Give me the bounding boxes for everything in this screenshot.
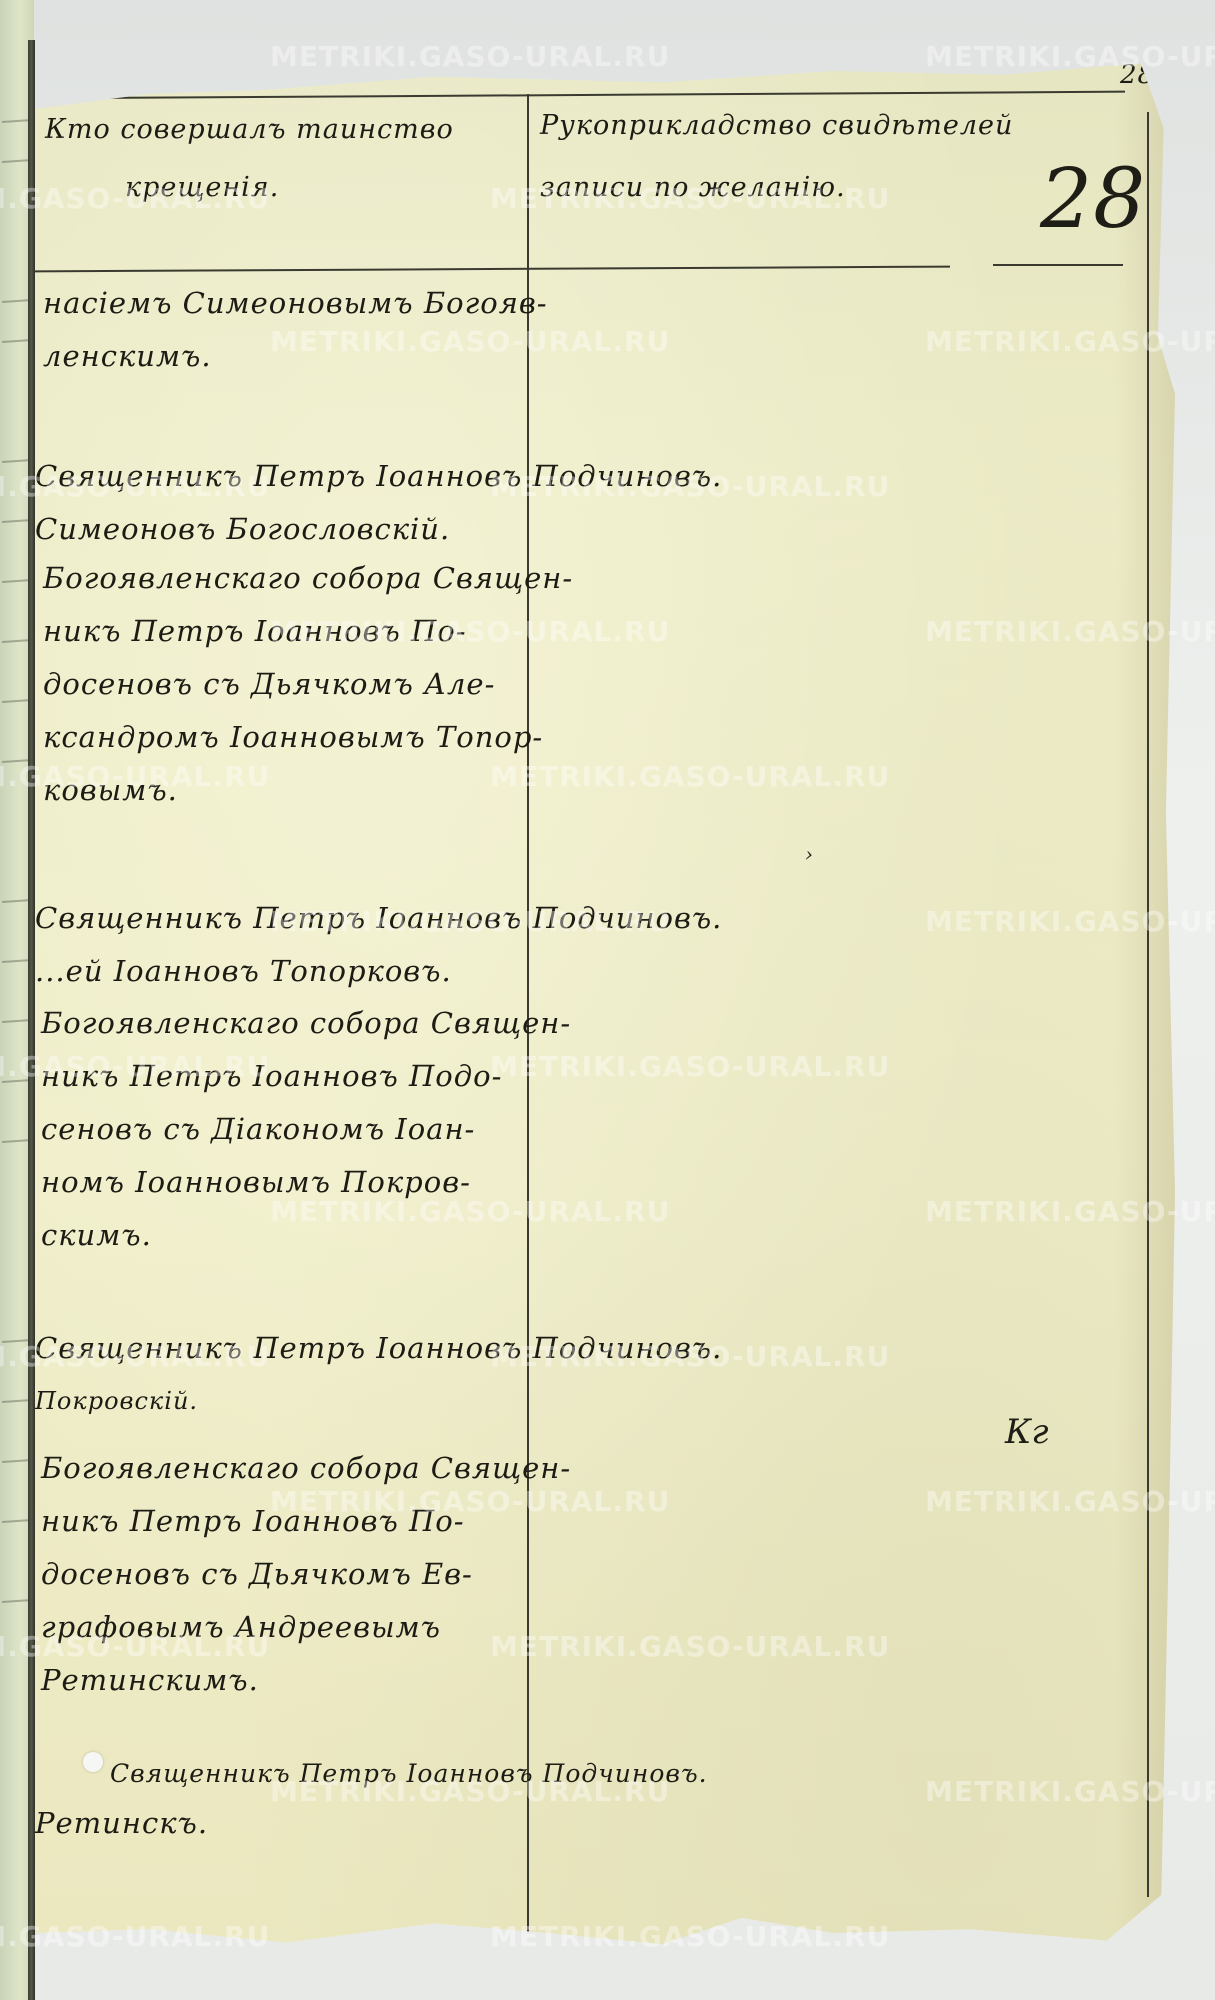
watermark: METRIKI.GASO-URAL.RU: [270, 905, 670, 938]
header-col2-line1: Рукоприкладство свидѣтелей: [540, 110, 1013, 141]
watermark: METRIKI.GASO-URAL.RU: [925, 1195, 1215, 1228]
right-column-mark: Кг: [1005, 1412, 1049, 1452]
watermark: METRIKI.GASO-URAL.RU: [925, 40, 1215, 73]
header-bottom-rule-right: [993, 264, 1123, 266]
column-divider-2: [1147, 112, 1149, 1897]
watermark: METRIKI.GASO-URAL.RU: [0, 1630, 270, 1663]
entry-6: Священникъ Петръ Іоанновъ Подчиновъ. Пок…: [35, 1322, 722, 1428]
watermark: METRIKI.GASO-URAL.RU: [490, 182, 890, 215]
watermark: METRIKI.GASO-URAL.RU: [270, 325, 670, 358]
watermark: METRIKI.GASO-URAL.RU: [490, 1630, 890, 1663]
watermark: METRIKI.GASO-URAL.RU: [490, 470, 890, 503]
entry-2: Священникъ Петръ Іоанновъ Подчиновъ. Сим…: [35, 450, 722, 556]
entry-8-line2: Ретинскъ.: [35, 1797, 208, 1850]
watermark: METRIKI.GASO-URAL.RU: [0, 1920, 270, 1953]
header-col1-line1: Кто совершалъ таинство: [45, 114, 454, 145]
header-bottom-rule: [35, 266, 950, 273]
book-binding: [28, 40, 35, 2000]
punch-hole: [83, 1752, 103, 1772]
watermark: METRIKI.GASO-URAL.RU: [270, 1195, 670, 1228]
watermark: METRIKI.GASO-URAL.RU: [0, 182, 270, 215]
watermark: METRIKI.GASO-URAL.RU: [925, 905, 1215, 938]
watermark: METRIKI.GASO-URAL.RU: [0, 1340, 270, 1373]
watermark: METRIKI.GASO-URAL.RU: [925, 1775, 1215, 1808]
stray-mark: ›: [805, 842, 813, 866]
watermark: METRIKI.GASO-URAL.RU: [270, 40, 670, 73]
watermark: METRIKI.GASO-URAL.RU: [490, 1920, 890, 1953]
page-number-large: 28: [1040, 152, 1146, 247]
entry-7: Богоявленскаго собора Священ- никъ Петръ…: [41, 1442, 571, 1707]
watermark: METRIKI.GASO-URAL.RU: [0, 470, 270, 503]
watermark: METRIKI.GASO-URAL.RU: [925, 615, 1215, 648]
watermark: METRIKI.GASO-URAL.RU: [490, 1340, 890, 1373]
watermark: METRIKI.GASO-URAL.RU: [270, 1775, 670, 1808]
watermark: METRIKI.GASO-URAL.RU: [0, 1050, 270, 1083]
watermark: METRIKI.GASO-URAL.RU: [270, 1485, 670, 1518]
watermark: METRIKI.GASO-URAL.RU: [270, 615, 670, 648]
watermark: METRIKI.GASO-URAL.RU: [490, 760, 890, 793]
watermark: METRIKI.GASO-URAL.RU: [925, 1485, 1215, 1518]
watermark: METRIKI.GASO-URAL.RU: [490, 1050, 890, 1083]
watermark: METRIKI.GASO-URAL.RU: [925, 325, 1215, 358]
watermark: METRIKI.GASO-URAL.RU: [0, 760, 270, 793]
